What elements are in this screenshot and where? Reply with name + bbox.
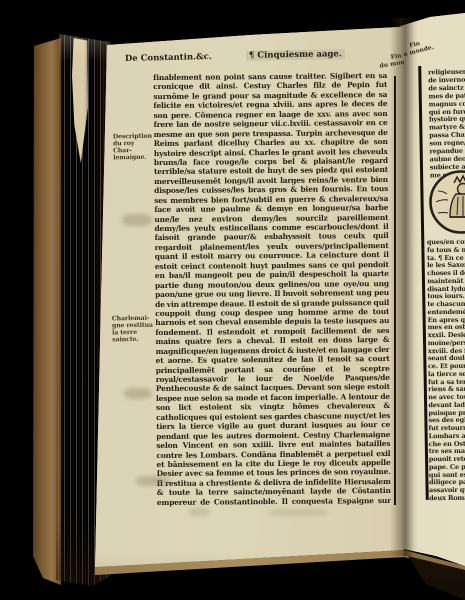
running-header-left: De Constantin.&c. [125,52,212,64]
bleedthrough-smudge [268,509,328,516]
body-text-block: finablement non point sans cause traitte… [153,71,391,507]
bleedthrough-smudge [136,476,170,486]
right-page-text-fragments-top: religieusemẽtde invernode sainctz etmes … [428,69,465,180]
running-header-center: ¶ Cinquiesme aage. [246,49,345,61]
bleedthrough-smudge [124,388,152,399]
column-rule-left [394,76,396,505]
margin-note-terre-saincte: Charlemai- gne restitua la terre saincte… [112,315,154,344]
woodcut-medallion [426,167,465,239]
book-photograph: De Constantin.&c. ¶ Cinquiesme aage. fin… [0,0,465,600]
right-page-text-fragments-bottom: ques/en consfu tous & mita. ¶ En ce tle … [427,239,465,503]
margin-note-description-charlemaigne: Description du roy Char- lemaigne. [113,133,155,162]
bleedthrough-smudge [122,214,152,226]
text-fragment-line: deux Romains [429,495,465,503]
bleedthrough-smudge [188,508,210,516]
